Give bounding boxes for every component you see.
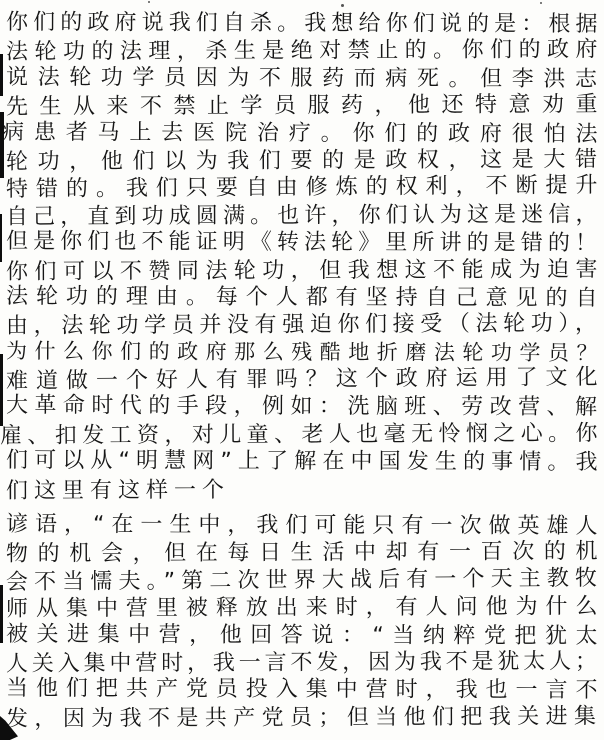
document-text: 你们的政府说我们自杀。我想给你们说的是：根据 法轮功的法理，杀生是绝对禁止的。你… bbox=[6, 10, 598, 731]
text-line: 雇、扣发工资，对儿童、老人也毫无怜悯之心。你 bbox=[0, 420, 598, 450]
text-line: 师从集中营里被释放出来时，有人问他为什么 bbox=[6, 593, 598, 623]
text-line: 难道做一个好人有罪吗？这个政府运用了文化 bbox=[6, 364, 598, 396]
text-line: 法轮功的理由。每个人都有坚持自己意见的自 bbox=[6, 283, 598, 312]
scan-speck bbox=[540, 2, 542, 4]
text-line: 自己，直到功成圆满。也许，你们认为这是迷信， bbox=[6, 201, 598, 231]
scan-edge-artifact bbox=[0, 214, 2, 262]
text-line: 大革命时代的手段，例如：洗脑班、劳改营、解 bbox=[6, 392, 598, 421]
text-line: 先生从来不禁止学员服药，他还特意劝重 bbox=[6, 91, 598, 121]
text-line: 你们可以不赞同法轮功，但我想这不能成为迫害 bbox=[6, 256, 598, 286]
text-line: 但是你们也不能证明《转法轮》里所讲的是错的！ bbox=[6, 228, 598, 257]
scan-edge-artifact bbox=[0, 354, 3, 426]
scan-speck bbox=[148, 1, 150, 3]
text-line: 发，因为我不是共产党员；但当他们把我关进集 bbox=[6, 703, 598, 733]
text-line: 们可以从“明慧网”上了解在中国发生的事情。我 bbox=[6, 447, 598, 476]
text-line: 你们的政府说我们自杀。我想给你们说的是：根据 bbox=[6, 9, 598, 38]
text-line: 由，法轮功学员并没有强迫你们接受（法轮功）， bbox=[6, 310, 598, 340]
text-line: 被关进集中营，他回答说：“当纳粹党把犹太 bbox=[6, 621, 598, 650]
text-line: 说法轮功学员因为不服药而病死。但李洪志 bbox=[6, 64, 598, 93]
text-line: 物的机会，但在每日生活中却有一百次的机 bbox=[6, 539, 598, 569]
scanned-document-page: 你们的政府说我们自杀。我想给你们说的是：根据 法轮功的法理，杀生是绝对禁止的。你… bbox=[0, 0, 604, 740]
scan-edge-artifact bbox=[0, 112, 4, 178]
scan-edge-artifact bbox=[0, 54, 3, 96]
text-line: 特错的。我们只要自由修炼的权利，不断提升 bbox=[6, 172, 598, 204]
scan-edge-artifact bbox=[0, 585, 3, 643]
text-line: 谚语，“在一生中，我们可能只有一次做英雄人 bbox=[6, 511, 598, 540]
scan-speck bbox=[341, 4, 344, 7]
text-line: 病患者马上去医院治疗。你们的政府很怕法 bbox=[2, 119, 598, 148]
text-line: 人关入集中营时，我一言不发，因为我不是犹太人； bbox=[6, 648, 598, 678]
text-line: 为什么你们的政府那么残酷地折磨法轮功学员？ bbox=[6, 338, 598, 367]
text-line: 会不当懦夫。”第二次世界大战后有一个天主教牧 bbox=[6, 565, 598, 597]
text-line: 们这里有这样一个 bbox=[6, 475, 598, 505]
text-line: 法轮功的法理，杀生是绝对禁止的。你们的政府 bbox=[6, 36, 598, 66]
text-line: 当他们把共产党员投入集中营时，我也一言不 bbox=[6, 675, 598, 704]
text-line: 轮功，他们以为我们要的是政权，这是大错 bbox=[6, 146, 598, 176]
